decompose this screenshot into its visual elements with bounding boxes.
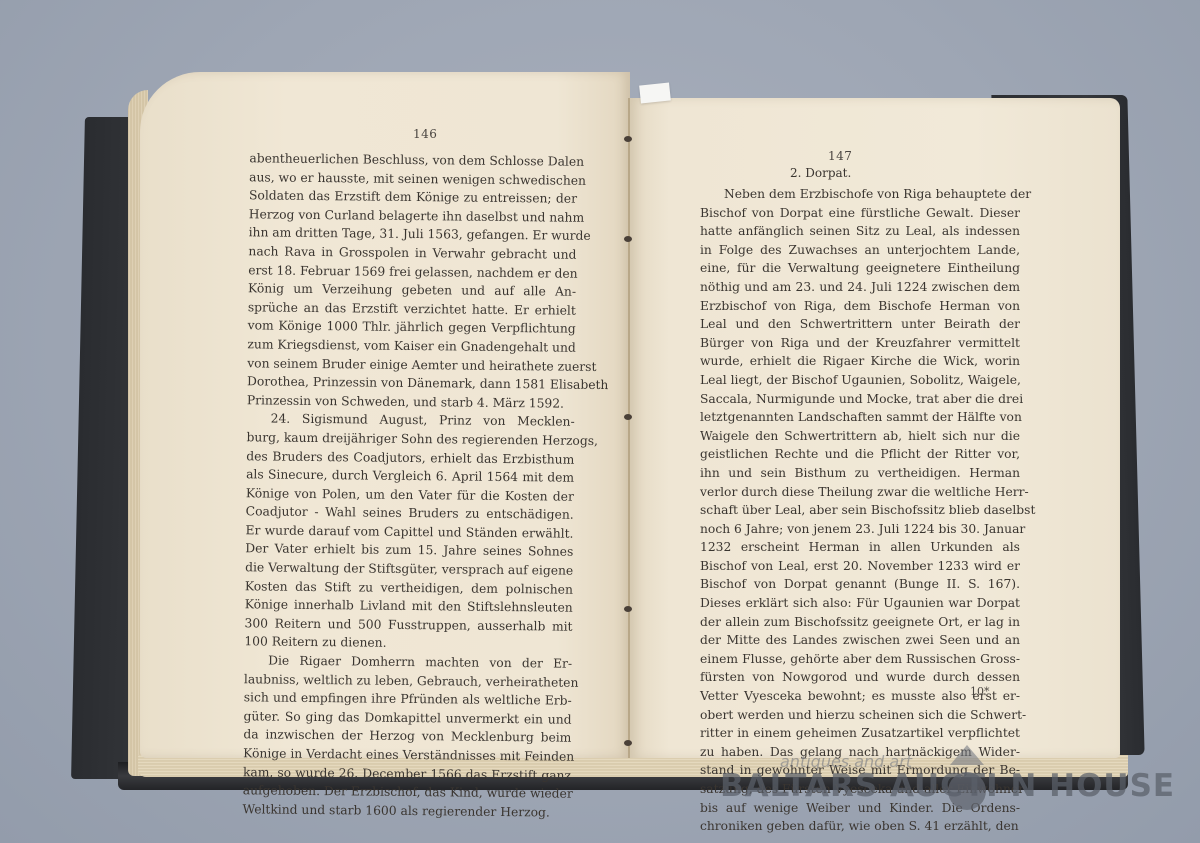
text-line: Neben dem Erzbischofe von Riga behauptet… (700, 185, 1020, 204)
text-line: Weltkind und starb 1600 als regierender … (243, 800, 571, 822)
left-page-text: abentheuerlichen Beschluss, von dem Schl… (243, 149, 578, 822)
bookmark-tab (639, 82, 671, 103)
text-line: 1232 erscheint Herman in allen Urkunden … (700, 538, 1020, 557)
right-page-text: Neben dem Erzbischofe von Riga behauptet… (700, 185, 1020, 836)
text-line: Dieses erklärt sich also: Für Ugaunien w… (700, 594, 1020, 613)
text-line: letztgenannten Landschaften sammt der Hä… (700, 408, 1020, 427)
signature-mark: 10* (970, 685, 990, 698)
text-line: nöthig und am 23. und 24. Juli 1224 zwis… (700, 278, 1020, 297)
text-line: Leal liegt, der Bischof Ugaunien, Soboli… (700, 371, 1020, 390)
stitch-hole (624, 740, 632, 746)
spine-gutter (628, 98, 630, 758)
right-page-number: 147 (828, 149, 852, 163)
text-line: Bischof von Leal, erst 20. November 1233… (700, 557, 1020, 576)
text-line: obert werden und hierzu scheinen sich di… (700, 706, 1020, 725)
text-line: Erzbischof von Riga, dem Bischofe Herman… (700, 297, 1020, 316)
text-line: noch 6 Jahre; von jenem 23. Juli 1224 bi… (700, 520, 1020, 539)
text-line: schaft über Leal, aber sein Bischofssitz… (700, 501, 1020, 520)
section-heading: 2. Dorpat. (790, 166, 851, 180)
stitch-hole (624, 236, 632, 242)
text-line: chroniken geben dafür, wie oben S. 41 er… (700, 817, 1020, 836)
text-line: Leal und den Schwertrittern unter Beirat… (700, 315, 1020, 334)
text-line: geistlichen Rechte und die Pflicht der R… (700, 445, 1020, 464)
text-line: wurde, erhielt die Rigaer Kirche die Wic… (700, 352, 1020, 371)
text-line: hatte anfänglich seinen Sitz zu Leal, al… (700, 222, 1020, 241)
text-line: Bischof von Dorpat genannt (Bunge II. S.… (700, 575, 1020, 594)
text-line: Saccala, Nurmigunde und Mocke, trat aber… (700, 390, 1020, 409)
text-line: Bischof von Dorpat eine fürstliche Gewal… (700, 204, 1020, 223)
stitch-hole (624, 606, 632, 612)
text-line: ritter in einem geheimen Zusatzartikel v… (700, 724, 1020, 743)
text-line: ihn und sein Bisthum zu vertheidigen. He… (700, 464, 1020, 483)
text-line: in Folge des Zuwachses an unterjochtem L… (700, 241, 1020, 260)
watermark-crown-icon (950, 745, 984, 765)
stitch-hole (624, 136, 632, 142)
text-line: einem Flusse, gehörte aber dem Russische… (700, 650, 1020, 669)
left-page-number: 146 (413, 127, 437, 141)
watermark-brand: BALTARS AUCTI N HOUSE (720, 768, 1175, 804)
text-line: der allein zum Bischofssitz geeignete Or… (700, 613, 1020, 632)
text-line: Waigele den Schwertrittern ab, hielt sic… (700, 427, 1020, 446)
text-line: Bürger von Riga und der Kreuzfahrer verm… (700, 334, 1020, 353)
stitch-hole (624, 414, 632, 420)
text-line: der Mitte des Landes zwischen zwei Seen … (700, 631, 1020, 650)
text-line: verlor durch diese Theilung zwar die wel… (700, 483, 1020, 502)
text-line: eine, für die Verwaltung geeignetere Ein… (700, 259, 1020, 278)
